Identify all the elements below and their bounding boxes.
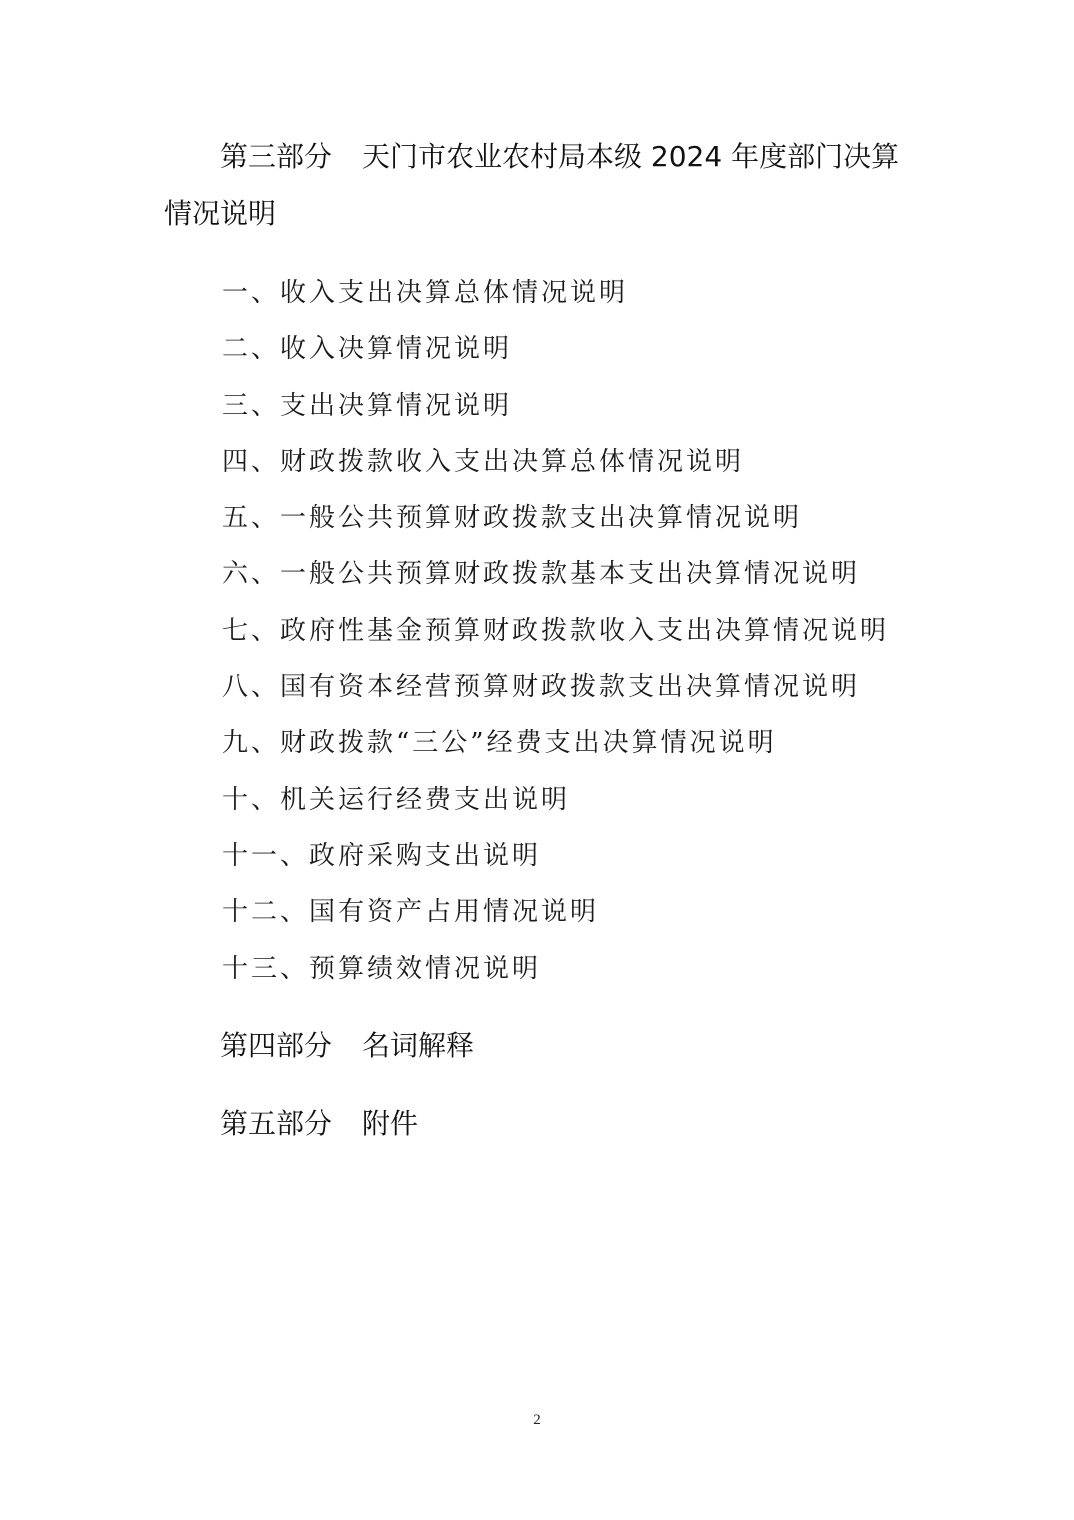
list-item: 二、收入决算情况说明	[222, 334, 889, 390]
list-item: 七、政府性基金预算财政拨款收入支出决算情况说明	[222, 616, 889, 672]
list-item: 五、一般公共预算财政拨款支出决算情况说明	[222, 503, 889, 559]
part3-heading: 第三部分天门市农业农村局本级 2024 年度部门决算	[220, 143, 899, 171]
section-list: 一、收入支出决算总体情况说明 二、收入决算情况说明 三、支出决算情况说明 四、财…	[222, 278, 889, 1010]
part3-heading-continuation: 情况说明	[164, 200, 276, 228]
part5-label: 第五部分	[220, 1107, 332, 1140]
list-item: 三、支出决算情况说明	[222, 391, 889, 447]
list-item: 十、机关运行经费支出说明	[222, 785, 889, 841]
page-number: 2	[0, 1412, 1074, 1429]
list-item: 六、一般公共预算财政拨款基本支出决算情况说明	[222, 559, 889, 615]
part4-title: 名词解释	[362, 1029, 474, 1062]
list-item: 四、财政拨款收入支出决算总体情况说明	[222, 447, 889, 503]
list-item: 一、收入支出决算总体情况说明	[222, 278, 889, 334]
part3-title-line2: 情况说明	[164, 197, 276, 230]
list-item: 八、国有资本经营预算财政拨款支出决算情况说明	[222, 672, 889, 728]
part3-title-line1: 天门市农业农村局本级 2024 年度部门决算	[362, 140, 899, 173]
part3-label: 第三部分	[220, 140, 332, 173]
document-page: 第三部分天门市农业农村局本级 2024 年度部门决算 情况说明 一、收入支出决算…	[0, 0, 1074, 1520]
list-item: 十一、政府采购支出说明	[222, 841, 889, 897]
part5-heading: 第五部分附件	[220, 1110, 418, 1138]
part5-title: 附件	[362, 1107, 418, 1140]
part4-label: 第四部分	[220, 1029, 332, 1062]
list-item: 九、财政拨款“三公”经费支出决算情况说明	[222, 728, 889, 784]
part4-heading: 第四部分名词解释	[220, 1032, 474, 1060]
list-item: 十二、国有资产占用情况说明	[222, 897, 889, 953]
list-item: 十三、预算绩效情况说明	[222, 954, 889, 1010]
